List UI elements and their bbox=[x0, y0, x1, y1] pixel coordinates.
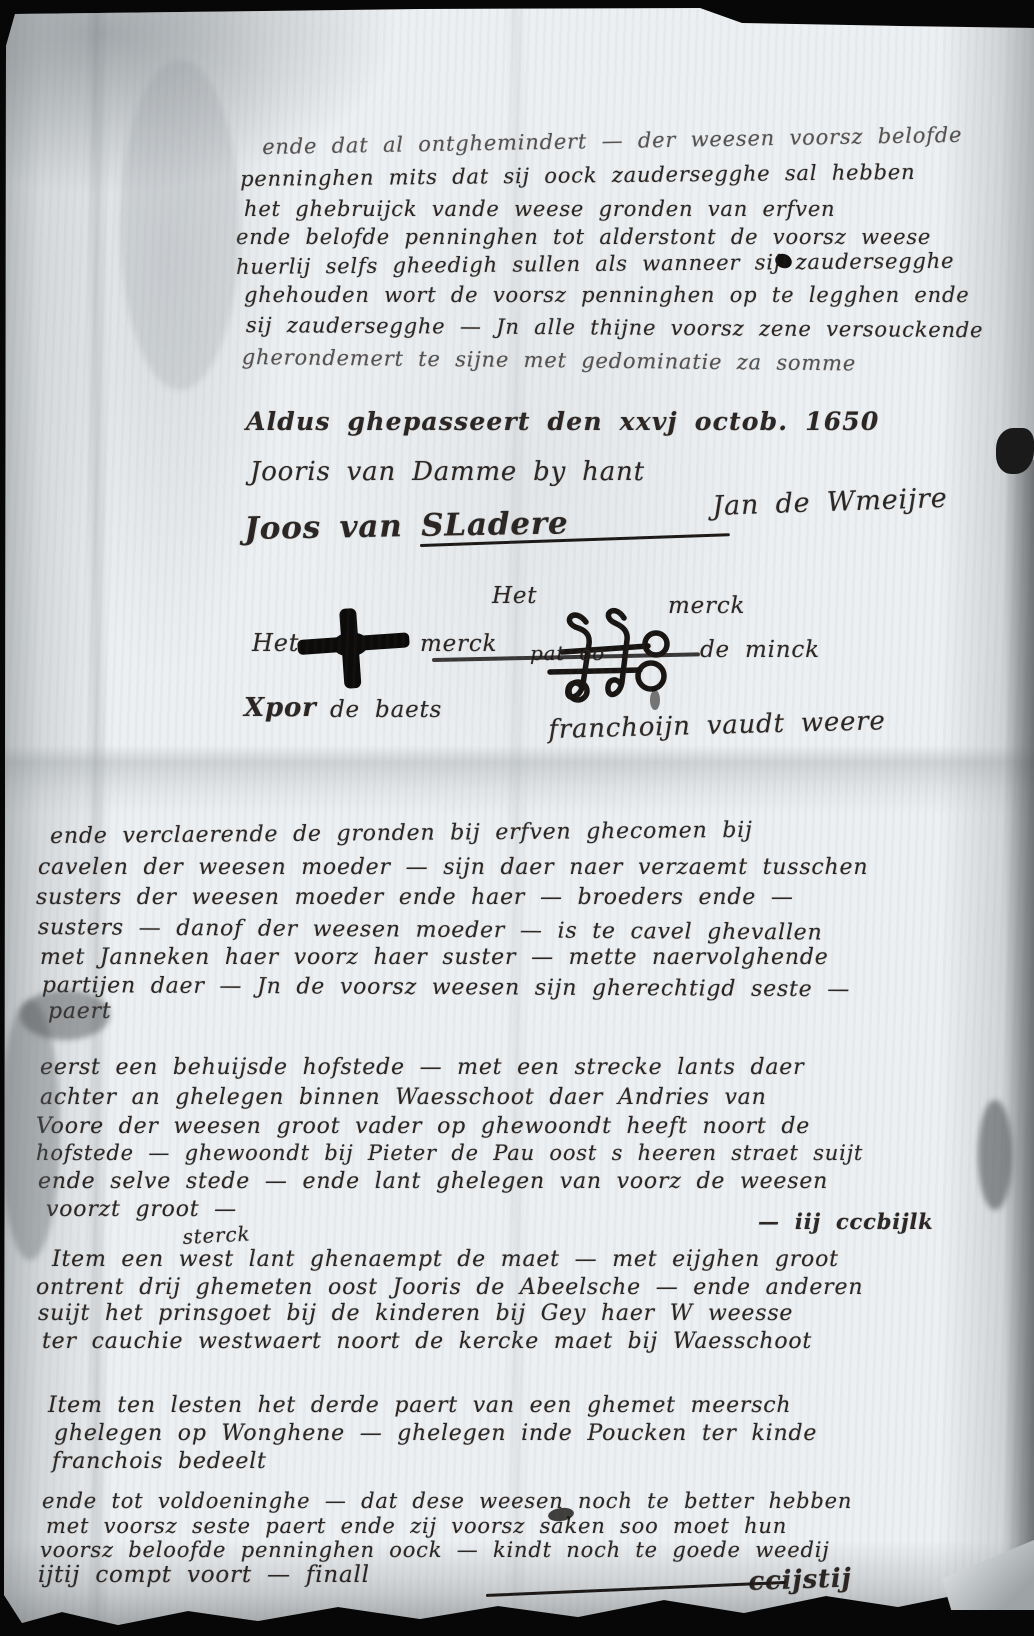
inheritance-line-2: cavelen der weesen moeder — sijn daer na… bbox=[38, 856, 868, 880]
inheritance-line-1: ende verclaerende de gronden bij erfven … bbox=[50, 819, 753, 849]
margin-smudge bbox=[20, 990, 110, 1040]
property1-line-1: eerst een behuijsde hofstede — met een s… bbox=[40, 1056, 804, 1080]
left-edge-shadow bbox=[0, 1000, 60, 1260]
merk-cross-de-baets-icon bbox=[296, 606, 416, 696]
property3-line-3: franchois bedeelt bbox=[52, 1450, 267, 1474]
het-label-2: Het bbox=[252, 630, 299, 656]
property2-line-4: ter cauchie westwaert noort de kercke ma… bbox=[42, 1330, 812, 1354]
closing-line-1: ende dat al ontghemindert — der weesen v… bbox=[262, 124, 962, 159]
property2-interline-insert: sterck bbox=[182, 1222, 251, 1248]
ink-smudge-mark-area bbox=[650, 690, 660, 710]
property1-amount-note: — iij cccbijlk bbox=[758, 1210, 934, 1233]
signature-franchois: franchoijn vaudt weere bbox=[548, 707, 886, 744]
merck-label-2: merck bbox=[420, 632, 497, 657]
settlement-line-3: voorsz beloofde penninghen oock — kindt … bbox=[40, 1539, 830, 1562]
property2-line-3: suijt het prinsgoet bij de kinderen bij … bbox=[38, 1302, 793, 1326]
right-edge-dark-patch bbox=[978, 1100, 1012, 1210]
property1-line-4: hofstede — ghewoondt bij Pieter de Pau o… bbox=[36, 1142, 863, 1165]
name-de-baets: de baets bbox=[330, 698, 442, 723]
property1-line-6: voorzt groot — bbox=[46, 1198, 237, 1222]
closing-line-5: huerlij selfs gheedigh sullen als wannee… bbox=[236, 250, 954, 279]
settlement-line-1: ende tot voldoeninghe — dat dese weesen … bbox=[42, 1490, 852, 1513]
scanned-manuscript-page: ende dat al ontghemindert — der weesen v… bbox=[0, 0, 1034, 1636]
closing-line-3: het ghebruijck vande weese gronden van e… bbox=[244, 198, 835, 221]
settlement-line-2: met voorsz seste paert ende zij voorsz s… bbox=[46, 1515, 787, 1538]
inheritance-line-5: met Janneken haer voorz haer suster — me… bbox=[40, 946, 829, 970]
part-label: pat oo bbox=[530, 642, 605, 664]
closing-line-7: sij zaudersegghe — Jn alle thijne voorsz… bbox=[246, 314, 984, 342]
signature-jan-de-wmeijre: Jan de Wmeijre bbox=[712, 484, 948, 522]
property1-line-2: achter an ghelegen binnen Waesschoot dae… bbox=[40, 1086, 767, 1110]
photocopy-streak bbox=[120, 60, 240, 390]
property1-line-3: Voore der weesen groot vader op ghewoond… bbox=[36, 1115, 810, 1139]
name-de-minck: de minck bbox=[700, 638, 820, 663]
settlement-line-4: ijtij compt voort — finall bbox=[38, 1563, 370, 1588]
right-binding-edge bbox=[1004, 460, 1034, 1570]
property3-line-2: ghelegen op Wonghene — ghelegen inde Pou… bbox=[54, 1422, 817, 1446]
settlement-amount: ccijstij bbox=[748, 1564, 852, 1596]
signature-jooris-van-damme: Jooris van Damme by hant bbox=[250, 458, 645, 487]
property2-line-1: Item een west lant ghenaempt de maet — m… bbox=[52, 1248, 839, 1272]
property1-line-5: ende selve stede — ende lant ghelegen va… bbox=[38, 1170, 828, 1194]
closing-line-4: ende belofde penninghen tot alderstont d… bbox=[236, 226, 931, 249]
property2-line-2: ontrent drij ghemeten oost Jooris de Abe… bbox=[36, 1276, 863, 1300]
inheritance-line-3: susters der weesen moeder ende haer — br… bbox=[36, 886, 794, 910]
final-flourish-stroke bbox=[486, 1581, 786, 1597]
inheritance-line-6: partijen daer — Jn de voorsz weesen sijn… bbox=[42, 974, 850, 1002]
het-label-1: Het bbox=[492, 584, 537, 609]
inheritance-line-4: susters — danof der weesen moeder — is t… bbox=[38, 916, 823, 946]
closing-line-8: gherondemert te sijne met gedominatie za… bbox=[242, 346, 856, 376]
paper-sheet: ende dat al ontghemindert — der weesen v… bbox=[0, 0, 1034, 1636]
property3-line-1: Item ten lesten het derde paert van een … bbox=[48, 1394, 791, 1418]
closing-line-2: penninghen mits dat sij oock zauderseggh… bbox=[240, 161, 916, 191]
closing-line-6: ghehouden wort de voorsz penninghen op t… bbox=[244, 284, 969, 307]
x-flourish-mark: Xpor bbox=[244, 694, 317, 723]
right-edge-tear-blotch bbox=[996, 428, 1034, 474]
date-line: Aldus ghepasseert den xxvj octob. 1650 bbox=[246, 408, 880, 436]
